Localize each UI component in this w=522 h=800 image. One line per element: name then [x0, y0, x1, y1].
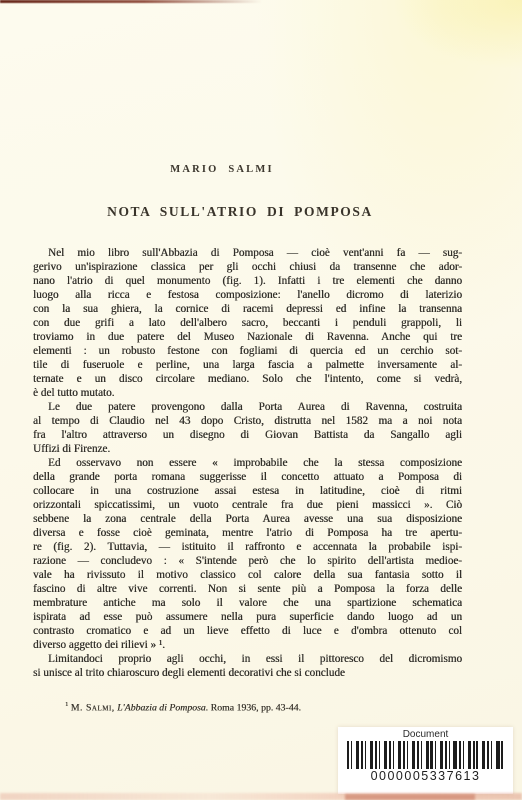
text-line: re (fig. 2). Tuttavia, — istituito il ra… [33, 540, 462, 554]
paragraph: Ed osservavo non essere « improbabile ch… [33, 456, 462, 652]
paragraph: Limitandoci proprio agli occhi, in essi … [33, 652, 462, 680]
barcode-label: Document 0000005337613 [338, 727, 513, 794]
text-line: orizzontali spiccatissimi, un vuoto cent… [33, 498, 462, 512]
text-line: della grande porta romana suggerisse il … [33, 470, 462, 484]
text-line: si unisce al trito chiaroscuro degli ele… [33, 666, 462, 680]
text-line: sebbene la zona centrale della Porta Aur… [33, 512, 462, 526]
text-line: con due grifi a lato dell'albero sacro, … [33, 316, 462, 330]
text-line: luogo alla ricca e festosa composizione:… [33, 288, 462, 302]
book-edge-top-mark [0, 0, 262, 3]
paragraph: Le due patere provengono dalla Porta Aur… [33, 400, 462, 456]
text-line: gerivo un'ispirazione classica per gli o… [33, 260, 462, 274]
barcode-number: 0000005337613 [338, 769, 513, 783]
book-edge-bottom-mark [345, 794, 475, 800]
text-line: è del tutto mutato. [33, 386, 462, 400]
text-line: ispirata ad esse può assumere nella pura… [33, 610, 462, 624]
author-name: MARIO SALMI [0, 164, 444, 175]
text-line: tile di fuseruole e perline, una larga f… [33, 358, 462, 372]
footnote-marker: 1 [65, 701, 68, 708]
footnote-author: M. Salmi, [71, 702, 115, 713]
page-corner-tint [392, 0, 522, 70]
text-line: diversa e fosse cioè geminata, mentre l'… [33, 526, 462, 540]
barcode-caption: Document [338, 729, 513, 740]
footnote-publication: Roma 1936, pp. 43-44. [211, 702, 301, 713]
article-body: Nel mio libro sull'Abbazia di Pomposa — … [33, 246, 462, 680]
text-line: Le due patere provengono dalla Porta Aur… [33, 400, 462, 414]
text-line: nano l'atrio di quel monumento (fig. 1).… [33, 274, 462, 288]
text-line: fascino di altre vive correnti. Non si s… [33, 582, 462, 596]
text-line: ternate e un disco circolare mediano. So… [33, 372, 462, 386]
text-line: contrasto cromatico e ad un lieve effett… [33, 624, 462, 638]
text-line: vale ha rivissuto il motivo classico col… [33, 568, 462, 582]
text-line: fra l'altro attraverso un disegno di Gio… [33, 428, 462, 442]
text-line: membrature antiche ma solo il valore che… [33, 596, 462, 610]
footnote: 1 M. Salmi, L'Abbazia di Pomposa. Roma 1… [33, 699, 462, 714]
text-line: Nel mio libro sull'Abbazia di Pomposa — … [33, 246, 462, 260]
text-line: collocare in una costruzione assai estes… [33, 484, 462, 498]
text-line: con la sua ghiera, la cornice di racemi … [33, 302, 462, 316]
footnote-title: L'Abbazia di Pomposa. [117, 702, 208, 713]
paragraph: Nel mio libro sull'Abbazia di Pomposa — … [33, 246, 462, 400]
text-line: Ed osservavo non essere « improbabile ch… [33, 456, 462, 470]
text-line: razione — concludevo : « S'intende però … [33, 554, 462, 568]
text-line: elementi : un robusto festone con foglia… [33, 344, 462, 358]
text-line: Limitandoci proprio agli occhi, in essi … [33, 652, 462, 666]
barcode-icon [347, 741, 505, 769]
text-line: Uffizi di Firenze. [33, 442, 462, 456]
article-title: NOTA SULL'ATRIO DI POMPOSA [0, 204, 480, 220]
text-line: troviamo in due patere del Museo Naziona… [33, 330, 462, 344]
scanned-document-page: MARIO SALMI NOTA SULL'ATRIO DI POMPOSA N… [0, 0, 522, 800]
text-line: diverso aggetto dei rilievi » ¹. [33, 638, 462, 652]
text-line: al tempo di Claudio nel 43 dopo Cristo, … [33, 414, 462, 428]
